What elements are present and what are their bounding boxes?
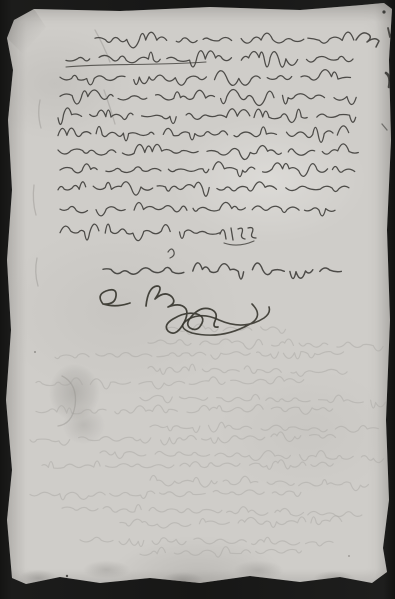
bleedthrough-line — [62, 505, 362, 517]
ink-speck — [34, 351, 36, 353]
bleedthrough-line — [148, 339, 383, 351]
bleedthrough-line — [30, 432, 336, 445]
faint-trace — [33, 185, 36, 215]
bleedthrough-line — [100, 451, 384, 463]
margin-mark — [382, 124, 387, 130]
handwritten-line — [60, 70, 351, 86]
line-end-mark — [356, 33, 379, 47]
handwritten-line — [58, 144, 358, 160]
handwritten-closing-line — [103, 263, 341, 279]
bleedthrough-line — [36, 377, 304, 389]
handwriting-layer — [0, 0, 395, 599]
bleedthrough-line — [140, 547, 301, 557]
handwritten-line — [58, 182, 349, 196]
handwritten-line — [58, 108, 356, 125]
ink-speck — [382, 10, 385, 13]
ink-speck — [66, 575, 68, 577]
handwritten-line — [60, 202, 339, 216]
manuscript-scan-page: { "manuscript": { "kind_label": "handwri… — [0, 0, 395, 599]
paper-page — [0, 0, 395, 599]
year-digits — [220, 228, 256, 240]
bleedthrough-line — [30, 490, 301, 500]
superscript-mark — [168, 249, 174, 258]
bleedthrough-line — [120, 516, 342, 528]
year-underline — [224, 241, 254, 245]
margin-blot — [386, 73, 390, 87]
margin-mark — [388, 28, 390, 37]
signature-initial — [100, 290, 130, 306]
handwritten-line — [58, 126, 349, 142]
handwritten-date-line — [60, 224, 220, 241]
bleedthrough-line — [36, 405, 333, 415]
bleedthrough-line — [150, 475, 373, 490]
bleedthrough-line — [55, 352, 344, 360]
text-underline — [66, 62, 206, 67]
bleedthrough-line — [150, 422, 378, 432]
signature-flourish — [183, 304, 270, 335]
faint-trace — [95, 30, 110, 62]
bleedthrough-line — [80, 537, 333, 546]
bleedthrough-line — [148, 364, 347, 376]
ink-speck — [348, 555, 350, 557]
faint-trace — [39, 100, 41, 128]
handwritten-line — [95, 32, 354, 48]
bleedthrough-line — [42, 460, 338, 470]
bleedthrough-line — [140, 394, 385, 408]
faint-trace — [36, 258, 38, 286]
handwritten-line — [60, 162, 355, 177]
